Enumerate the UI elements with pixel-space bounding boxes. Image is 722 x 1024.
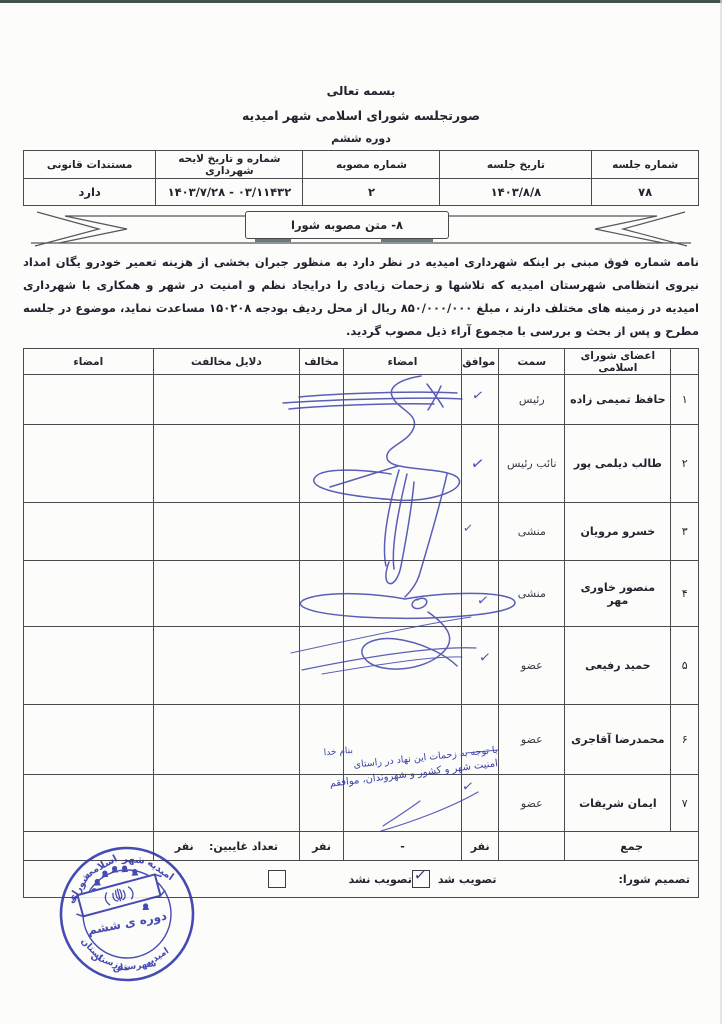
info-header-bill: شماره و تاریخ لایحه شهرداری <box>156 151 303 179</box>
agree-cell: ✓ <box>462 375 499 425</box>
signature2-cell <box>24 705 154 775</box>
signature2-cell <box>24 375 154 425</box>
member-name: طالب دیلمی پور <box>565 425 671 503</box>
signature-cell <box>343 425 461 503</box>
signature-cell <box>343 375 461 425</box>
stamp-term-band: دوره ی ششم <box>86 908 168 938</box>
approved-check-icon: ✓ <box>413 865 427 884</box>
member-number: ۲ <box>671 425 699 503</box>
info-header-session-date: تاریخ جلسه <box>440 151 592 179</box>
oppose-reasons-cell <box>153 705 299 775</box>
member-number: ۴ <box>671 561 699 627</box>
info-header-session-no: شماره جلسه <box>592 151 699 179</box>
member-row: ۱ حافظ تمیمی زاده رئیس ✓ <box>24 375 699 425</box>
oppose-cell <box>300 375 344 425</box>
decision-row: تصمیم شورا: تصویب شد ✓ تصویب نشد <box>24 861 699 898</box>
totals-position-cell <box>499 832 565 861</box>
signature-cell <box>343 561 461 627</box>
member-number: ۳ <box>671 503 699 561</box>
info-value-session-date: ۱۴۰۳/۸/۸ <box>440 179 592 206</box>
agree-cell: ✓ <box>462 627 499 705</box>
oppose-reasons-cell <box>153 627 299 705</box>
handwritten-note: بنام خدا با توجه به زحمات این نهاد در را… <box>317 738 498 783</box>
resolution-text: نامه شماره فوق مبنی بر اینکه شهرداری امی… <box>23 251 699 343</box>
member-name: منصور خاوری مهر <box>565 561 671 627</box>
info-value-legal-docs: دارد <box>24 179 156 206</box>
signature2-cell <box>24 503 154 561</box>
info-value-resolution-no: ۲ <box>303 179 440 206</box>
member-row: ۵ حمید رفیعی عضو ✓ <box>24 627 699 705</box>
info-header-resolution-no: شماره مصوبه <box>303 151 440 179</box>
info-value-session-no: ۷۸ <box>592 179 699 206</box>
info-value-bill: ۱۴۰۳/۷/۲۸ - ۰۳/۱۱۴۳۲ <box>156 179 303 206</box>
member-position: نائب رئیس <box>499 425 565 503</box>
absentees-label: تعداد غایبین: <box>209 840 278 853</box>
col-header-oppose: مخالف <box>300 349 344 375</box>
totals-label: جمع <box>565 832 699 861</box>
oppose-reasons-cell <box>153 561 299 627</box>
oppose-reasons-cell <box>153 503 299 561</box>
totals-oppose-count: نفر <box>300 832 344 861</box>
bismillah-text: بسمه تعالی <box>0 84 722 98</box>
absentees-count: نفر <box>175 840 194 853</box>
agree-check-icon: ✓ <box>462 520 473 535</box>
oppose-cell <box>300 627 344 705</box>
info-header-legal-docs: مستندات قانونی <box>24 151 156 179</box>
totals-signature2-cell <box>24 832 154 861</box>
col-header-members: اعضای شورای اسلامی <box>565 349 671 375</box>
member-position: رئیس <box>499 375 565 425</box>
approved-label: تصویب شد <box>438 873 497 886</box>
approved-checkbox: ✓ <box>412 870 430 888</box>
term-label: دوره ششم <box>0 132 722 145</box>
ribbon-banner: ۸- متن مصوبه شورا <box>23 205 699 249</box>
col-header-signature: امضاء <box>343 349 461 375</box>
member-row: ۲ طالب دیلمی پور نائب رئیس ✓ <box>24 425 699 503</box>
member-name: حافظ تمیمی زاده <box>565 375 671 425</box>
totals-agree-count: نفر <box>462 832 499 861</box>
page-title: صورتجلسه شورای اسلامی شهر امیدیه <box>0 108 722 123</box>
oppose-reasons-cell <box>153 375 299 425</box>
member-name: خسرو مرویان <box>565 503 671 561</box>
member-position: عضو <box>499 705 565 775</box>
member-number: ۱ <box>671 375 699 425</box>
member-name: حمید رفیعی <box>565 627 671 705</box>
totals-row: جمع نفر - نفر تعداد غایبین: نفر <box>24 832 699 861</box>
member-name: ایمان شریفات <box>565 775 671 832</box>
signature-cell <box>343 627 461 705</box>
member-position: عضو <box>499 627 565 705</box>
ribbon-label: ۸- متن مصوبه شورا <box>245 211 449 239</box>
signature-cell <box>343 503 461 561</box>
agree-cell: ✓ <box>462 425 499 503</box>
member-row: ۳ خسرو مرویان منشی ✓ <box>24 503 699 561</box>
agree-cell: ✓ <box>462 503 499 561</box>
member-position: منشی <box>499 561 565 627</box>
agree-cell: ✓ <box>462 775 499 832</box>
agree-check-icon: ✓ <box>462 778 475 795</box>
stamp-bottom-word: خوزستان <box>89 951 131 974</box>
oppose-cell <box>300 561 344 627</box>
oppose-reasons-cell <box>153 775 299 832</box>
decision-label: تصمیم شورا: <box>618 873 690 886</box>
rejected-label: تصویب نشد <box>349 873 412 886</box>
scanned-document-page: بسمه تعالی صورتجلسه شورای اسلامی شهر امی… <box>0 0 722 1024</box>
oppose-cell <box>300 425 344 503</box>
stamp-bottom-word: استان <box>79 936 105 962</box>
agree-check-icon: ✓ <box>471 387 485 405</box>
member-number: ۶ <box>671 705 699 775</box>
oppose-cell <box>300 503 344 561</box>
session-info-table: شماره جلسه تاریخ جلسه شماره مصوبه شماره … <box>23 150 699 206</box>
rejected-checkbox <box>268 870 286 888</box>
member-name: محمدرضا آقاجری <box>565 705 671 775</box>
totals-absentees: تعداد غایبین: نفر <box>153 832 299 861</box>
agree-check-icon: ✓ <box>478 649 492 666</box>
agree-check-icon: ✓ <box>470 453 487 474</box>
member-row: ۴ منصور خاوری مهر منشی ✓ <box>24 561 699 627</box>
col-header-position: سمت <box>499 349 565 375</box>
agree-check-icon: ✓ <box>476 592 490 609</box>
member-number: ۵ <box>671 627 699 705</box>
stamp-bottom-word: شهرستان <box>112 959 157 974</box>
signature2-cell <box>24 425 154 503</box>
agree-cell: ✓ <box>462 561 499 627</box>
oppose-reasons-cell <box>153 425 299 503</box>
member-position: عضو <box>499 775 565 832</box>
signature2-cell <box>24 627 154 705</box>
totals-signature-dash: - <box>343 832 461 861</box>
council-vote-table: اعضای شورای اسلامی سمت موافق امضاء مخالف… <box>23 348 699 898</box>
stamp-bottom-word: امیدیه <box>144 946 171 969</box>
col-header-signature-2: امضاء <box>24 349 154 375</box>
signature2-cell <box>24 561 154 627</box>
col-header-oppose-reasons: دلایل مخالفت <box>153 349 299 375</box>
member-number: ۷ <box>671 775 699 832</box>
member-position: منشی <box>499 503 565 561</box>
col-header-number <box>671 349 699 375</box>
signature2-cell <box>24 775 154 832</box>
col-header-agree: موافق <box>462 349 499 375</box>
scan-edge-artifact <box>0 0 722 3</box>
